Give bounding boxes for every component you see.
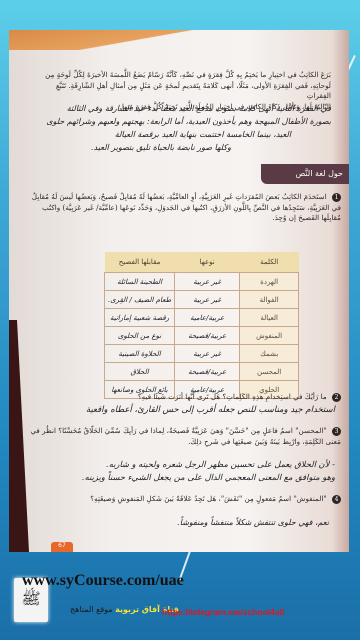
column-header: مقابلها الفصيح: [105, 252, 175, 273]
table-row: العيالة عربية/عامية رقصة شعبية إماراتية: [105, 309, 299, 327]
site-url-link[interactable]: www.syCourse.com/uae: [22, 572, 184, 590]
logo-glyph-icon: ﷺ: [21, 589, 40, 612]
word-cell: الهردة: [240, 273, 299, 291]
equivalent-cell: طعام الضيف / القِرى.: [105, 291, 175, 309]
handwritten-line: العيد، بينما الخامسة اختتمت بنهاية العيد…: [21, 128, 331, 141]
equivalent-cell: نوع من الحلوى: [105, 327, 175, 345]
intro-line: بَرَعَ الكاتِبُ في اختِيارِ ما يَختِمُ ب…: [31, 70, 331, 81]
question-number: 4: [332, 495, 341, 504]
question-number: 1: [332, 193, 341, 202]
question-2-answer: استخدام جيد ومناسب للنص جعله أقرب إلى حس…: [15, 404, 335, 417]
handwritten-line: بصورة الأطفال المبهجة وهم يأخذون العيدية…: [21, 115, 331, 128]
question-text: ما رَأيُكَ في استِخدامِ هذِهِ الكَلِماتِ…: [138, 392, 327, 401]
intro-line: لَوحاتِهِ، فَفي الفِقرَةِ الأولى، مَثَلً…: [31, 81, 331, 102]
question-text: "المنفوش" اسمُ مَفعولٍ مِن "نَفَشَ"، هَل…: [90, 494, 326, 503]
question-number: 2: [332, 393, 341, 402]
table-header-row: الكلمة نوعها مقابلها الفصيح: [105, 252, 299, 273]
telegram-link[interactable]: https://telegram.me/school4all: [162, 607, 284, 617]
column-header: الكلمة: [240, 252, 299, 273]
question-4: 4 "المنفوش" اسمُ مَفعولٍ مِن "نَفَشَ"، ه…: [29, 494, 341, 505]
page-header-band: [9, 30, 349, 50]
word-cell: المنفوش: [240, 327, 299, 345]
word-cell: العيالة: [240, 309, 299, 327]
handwritten-line: في الفقرة الثانية أنهى كلامه بصوت مدفع ا…: [21, 102, 331, 115]
handwritten-line: وهو متوافق مع المعنى المعجمي الدال على م…: [15, 471, 335, 484]
question-text: "المحسن" اسمُ فاعلٍ مِن "حَسَّنَ" وَهيَ …: [30, 426, 341, 446]
question-3-answer: - لأن الحلاق يعمل على تحسين مظهر الرجل ش…: [15, 458, 335, 484]
page-number: 67: [51, 542, 73, 552]
question-2: 2 ما رَأيُكَ في استِخدامِ هذِهِ الكَلِما…: [29, 392, 341, 403]
type-cell: غير عربية: [175, 345, 240, 363]
question-1: 1 استَخدَمَ الكاتِبُ بَعضَ المُفرَداتِ غ…: [29, 192, 341, 224]
equivalent-cell: الحلاوة الصينية: [105, 345, 175, 363]
table-row: الفوالة غير عربية طعام الضيف / القِرى.: [105, 291, 299, 309]
question-4-answer: نعم، فهي حلوى تنتفش شكلاً منتفشاً ومنفوش…: [29, 516, 329, 529]
table-row: بشمك غير عربية الحلاوة الصينية: [105, 345, 299, 363]
handwritten-line: وكلها صور نابضة بالحياة تليق بتصوير العي…: [21, 141, 331, 154]
question-text: استَخدَمَ الكاتِبُ بَعضَ المُفرَداتِ غَي…: [32, 192, 341, 222]
type-cell: عربية/فصيحة: [175, 363, 240, 381]
book-spine: [9, 320, 29, 552]
table-row: المنفوش عربية/فصيحة نوع من الحلوى: [105, 327, 299, 345]
textbook-page-photo: بَرَعَ الكاتِبُ في اختِيارِ ما يَختِمُ ب…: [9, 30, 349, 552]
column-header: نوعها: [175, 252, 240, 273]
intro-handwritten-answer: في الفقرة الثانية أنهى كلامه بصوت مدفع ا…: [21, 102, 331, 154]
type-cell: عربية/عامية: [175, 309, 240, 327]
word-cell: بشمك: [240, 345, 299, 363]
handwritten-line: - لأن الحلاق يعمل على تحسين مظهر الرجل ش…: [15, 458, 335, 471]
equivalent-cell: الحلاق: [105, 363, 175, 381]
vocab-table: الكلمة نوعها مقابلها الفصيح الهردة غير ع…: [104, 252, 299, 399]
question-number: 3: [332, 427, 341, 436]
equivalent-cell: الطحينة السائلة: [105, 273, 175, 291]
type-cell: عربية/فصيحة: [175, 327, 240, 345]
equivalent-cell: رقصة شعبية إماراتية: [105, 309, 175, 327]
section-title: حول لغة النَّص: [261, 164, 349, 184]
type-cell: غير عربية: [175, 273, 240, 291]
word-cell: الفوالة: [240, 291, 299, 309]
type-cell: غير عربية: [175, 291, 240, 309]
word-cell: المحسن: [240, 363, 299, 381]
table-row: المحسن عربية/فصيحة الحلاق: [105, 363, 299, 381]
question-3: 3 "المحسن" اسمُ فاعلٍ مِن "حَسَّنَ" وَهي…: [29, 426, 341, 447]
channel-subtitle: موقع المناهج: [70, 605, 113, 614]
table-row: الهردة غير عربية الطحينة السائلة: [105, 273, 299, 291]
